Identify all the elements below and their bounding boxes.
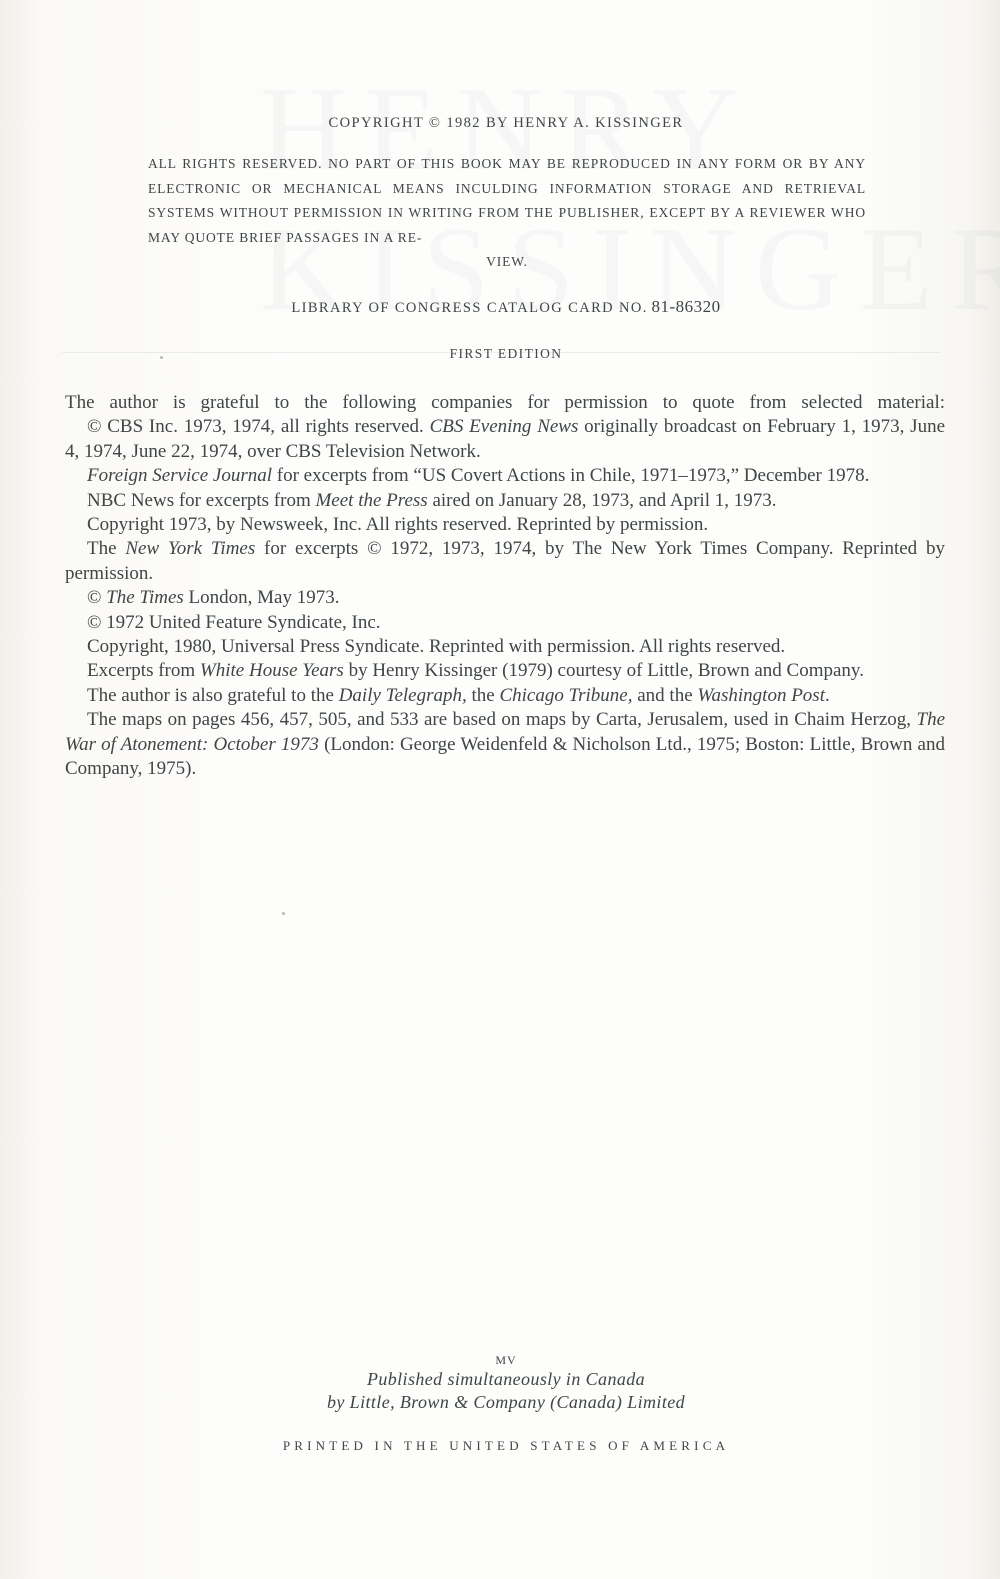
ack-text: Copyright, 1980, Universal Press Syndica…	[87, 636, 785, 657]
ack-text: The	[87, 538, 125, 559]
italic-title: Meet the Press	[315, 490, 427, 511]
italic-title: New York Times	[125, 538, 255, 559]
italic-title: Chicago Tribune,	[499, 685, 632, 706]
ack-entry: The author is also grateful to the Daily…	[65, 684, 945, 708]
ack-entry: © The Times London, May 1973.	[65, 586, 945, 610]
ack-text: .	[825, 685, 830, 706]
ack-text: the	[467, 685, 500, 706]
edition-label: First Edition	[0, 346, 1000, 362]
published-canada-line-1: Published simultaneously in Canada	[0, 1368, 1000, 1391]
ack-text: © 1972 United Feature Syndicate, Inc.	[87, 612, 381, 633]
ack-entry: Copyright, 1980, Universal Press Syndica…	[65, 635, 945, 659]
ack-entry: The maps on pages 456, 457, 505, and 533…	[65, 708, 945, 781]
acknowledgments: The author is grateful to the following …	[65, 391, 945, 782]
ack-text: Excerpts from	[87, 660, 200, 681]
ack-entry: Copyright 1973, by Newsweek, Inc. All ri…	[65, 513, 945, 537]
ack-text: Copyright 1973, by Newsweek, Inc. All ri…	[87, 514, 708, 535]
ack-entry: Excerpts from White House Years by Henry…	[65, 659, 945, 683]
ack-text: London, May 1973.	[184, 587, 340, 608]
ack-entry: © CBS Inc. 1973, 1974, all rights reserv…	[65, 415, 945, 464]
ack-text: The maps on pages 456, 457, 505, and 533…	[87, 709, 917, 730]
loc-number: 81-86320	[651, 297, 720, 316]
rights-reserved-notice: All rights reserved. No part of this boo…	[148, 152, 866, 275]
printer-code: MV	[0, 1353, 1000, 1368]
copyright-line: Copyright © 1982 by Henry A. Kissinger	[0, 115, 1000, 132]
footer: MV Published simultaneously in Canada by…	[0, 1353, 1000, 1454]
ack-text: The author is also grateful to the	[87, 685, 339, 706]
published-canada-line-2: by Little, Brown & Company (Canada) Limi…	[0, 1391, 1000, 1414]
ack-entry: NBC News for excerpts from Meet the Pres…	[65, 489, 945, 513]
rights-text: All rights reserved. No part of this boo…	[148, 156, 866, 245]
speck	[160, 356, 163, 359]
printed-in-usa: Printed in the United States of America	[0, 1438, 1000, 1454]
italic-title: CBS Evening News	[430, 416, 579, 437]
library-of-congress-line: Library of Congress Catalog Card No. 81-…	[0, 297, 1000, 317]
italic-title: Washington Post	[697, 685, 825, 706]
ack-text: for excerpts from “US Covert Actions in …	[272, 465, 869, 486]
ack-text: NBC News for excerpts from	[87, 490, 315, 511]
ack-entry: Foreign Service Journal for excerpts fro…	[65, 464, 945, 488]
ack-text: © CBS Inc. 1973, 1974, all rights reserv…	[87, 416, 430, 437]
ack-entry: The New York Times for excerpts © 1972, …	[65, 537, 945, 586]
loc-label: Library of Congress Catalog Card No.	[291, 300, 647, 316]
italic-title: Daily Telegraph,	[339, 685, 467, 706]
ack-text: ©	[87, 587, 106, 608]
ack-entry: © 1972 United Feature Syndicate, Inc.	[65, 611, 945, 635]
rights-text-end: view.	[148, 250, 866, 275]
ack-text: by Henry Kissinger (1979) courtesy of Li…	[344, 660, 864, 681]
italic-title: White House Years	[200, 660, 344, 681]
ack-text: aired on January 28, 1973, and April 1, …	[428, 490, 777, 511]
ack-text: and the	[633, 685, 698, 706]
speck	[282, 912, 285, 915]
italic-title: Foreign Service Journal	[87, 465, 272, 486]
ack-intro: The author is grateful to the following …	[65, 391, 945, 415]
italic-title: The Times	[106, 587, 184, 608]
